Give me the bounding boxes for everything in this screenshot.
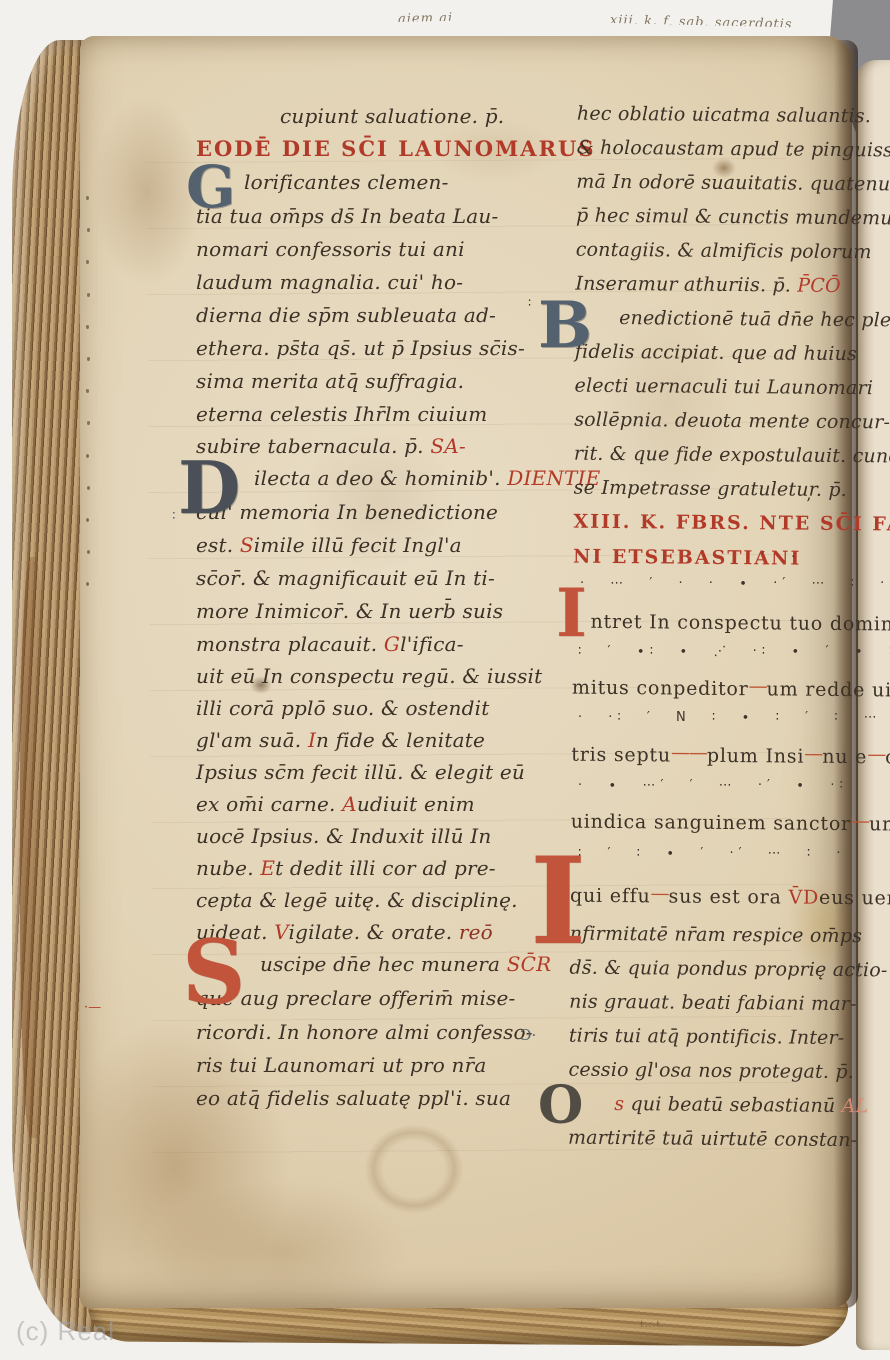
manuscript-line: martiritē tuā uirtutē constan- bbox=[568, 1127, 884, 1152]
manuscript-line: sc̄or̄. & magnificauit eū In ti- bbox=[196, 566, 558, 590]
pricking-hole bbox=[86, 325, 89, 329]
text-segment: cessio gl'osa nos protegat. p̄. bbox=[568, 1059, 854, 1083]
text-segment: sollēpnia. deuota mente concur- bbox=[574, 409, 890, 434]
text-segment: E bbox=[260, 856, 275, 880]
text-segment: plum Insi bbox=[707, 745, 805, 768]
manuscript-line: se Impetrasse gratuletur. p̄. bbox=[574, 477, 890, 502]
marginal-mark: Ɔ· bbox=[520, 1026, 536, 1044]
text-segment: ex om̄i carne. bbox=[196, 792, 342, 816]
drop-cap-initial: B bbox=[538, 294, 592, 358]
manuscript-line: nomari confessoris tui ani bbox=[196, 237, 558, 261]
manuscript-line: lorificantes clemen- bbox=[196, 170, 606, 194]
text-segment: tiris tui atq̄ pontificis. Inter- bbox=[569, 1025, 845, 1049]
manuscript-line: ethera. ps̄ta qs̄. ut p̄ Ipsius sc̄is- bbox=[196, 336, 558, 360]
manuscript-line: mitus conpeditor—um redde uicinis nos bbox=[572, 677, 888, 702]
text-segment: ds̄. & quia pondus proprię actio- bbox=[569, 957, 887, 982]
manuscript-line: ilecta a deo & hominib'. DIENTIE bbox=[196, 466, 616, 490]
text-segment: — bbox=[867, 743, 885, 765]
text-segment: ilecta a deo & hominib'. bbox=[254, 466, 507, 490]
manuscript-line: ricordi. In honore almi confesso- bbox=[196, 1020, 558, 1044]
manuscript-line: hec oblatio uicatma saluantis. bbox=[577, 103, 890, 128]
text-segment: sima merita atq̄ suffragia. bbox=[196, 369, 464, 393]
text-segment: orum bbox=[885, 746, 890, 768]
text-column-right: hec oblatio uicatma saluantis.& holocaus… bbox=[566, 0, 890, 1360]
text-segment: eo atq̄ fidelis saluatę ppl'i. sua bbox=[196, 1086, 511, 1110]
marginal-mark: ∶ bbox=[528, 296, 531, 310]
manuscript-line: s qui beatū sebastianū AL bbox=[568, 1093, 890, 1118]
text-segment: gl'am suā. bbox=[196, 728, 308, 752]
text-segment: S bbox=[240, 533, 254, 557]
pricking-hole bbox=[86, 518, 89, 522]
text-segment: ethera. ps̄ta qs̄. ut p̄ Ipsius sc̄is- bbox=[196, 336, 525, 360]
text-segment: igilate. & orate. bbox=[289, 920, 459, 944]
manuscript-line: subire tabernacula. p̄. SA- bbox=[196, 434, 558, 458]
text-segment: est. bbox=[196, 533, 240, 557]
manuscript-line: eo atq̄ fidelis saluatę ppl'i. sua bbox=[196, 1086, 558, 1110]
text-segment: fidelis accipiat. que ad huius bbox=[575, 341, 857, 365]
neume-band: · ·∶ ′ Ν ∶ ∙ ∶ ′ ∶ ⋯ ·∶ bbox=[578, 710, 890, 725]
text-segment: P̄CŌ bbox=[797, 275, 841, 297]
text-segment: A bbox=[342, 792, 357, 816]
text-segment: tris septu bbox=[571, 744, 671, 767]
text-segment: illi corā pplō suo. & ostendit bbox=[196, 696, 489, 720]
text-segment: lorificantes clemen- bbox=[244, 170, 449, 194]
manuscript-line: more Inimicor̄. & In uerb̄ suis bbox=[196, 599, 558, 623]
manuscript-line: eterna celestis Ihr̄lm ciuium bbox=[196, 402, 558, 426]
drop-cap-initial: G bbox=[186, 158, 236, 216]
text-segment: contagiis. & almificis polorum bbox=[576, 239, 872, 264]
neume-band: ′ · bbox=[762, 550, 800, 565]
text-segment: s bbox=[614, 1093, 630, 1115]
manuscript-line: uindica sanguinem sanctor—um tuor̄ bbox=[571, 811, 887, 836]
pricking-hole bbox=[87, 486, 90, 490]
neume-band: ∶ ′ ∙∶ ∙ ⋰ ·∶ ∙ ′ ∙ ∶ ·∶ bbox=[578, 644, 890, 659]
marginal-mark: ’ bbox=[806, 494, 811, 513]
text-segment: imile illū fecit Ingl'a bbox=[254, 533, 462, 557]
manuscript-line: tiris tui atq̄ pontificis. Inter- bbox=[569, 1025, 885, 1050]
drop-cap-initial: D bbox=[178, 452, 240, 524]
text-segment: EODĒ DIE SC̄I LAUNOMARUS bbox=[196, 136, 596, 161]
manuscript-line: & holocaustam apud te pinguissi- bbox=[577, 137, 890, 162]
pricking-hole bbox=[87, 293, 90, 297]
text-segment: p̄ hec simul & cunctis mundemur bbox=[576, 205, 890, 230]
manuscript-line: EODĒ DIE SC̄I LAUNOMARUS bbox=[196, 136, 558, 161]
manuscript-line: Ipsius sc̄m fecit illū. & elegit eū bbox=[196, 760, 558, 784]
manuscript-line: contagiis. & almificis polorum bbox=[576, 239, 890, 264]
manuscript-photo: aiem ai xiii. k. f. sab. sacerdotis seba… bbox=[0, 0, 890, 1360]
text-segment: — bbox=[749, 675, 767, 697]
manuscript-line: p̄ hec simul & cunctis mundemur bbox=[576, 205, 890, 230]
text-segment: —— bbox=[671, 741, 707, 763]
text-segment: — bbox=[851, 810, 869, 832]
text-segment: cupiunt saluatione. p̄. bbox=[280, 104, 504, 128]
manuscript-line: gl'am suā. In fide & lenitate bbox=[196, 728, 558, 752]
manuscript-line: cui' memoria In benedictione bbox=[196, 500, 558, 524]
manuscript-line: rit. & que fide expostulauit. cuncta bbox=[574, 443, 890, 468]
text-segment: uocē Ipsius. & Induxit illū In bbox=[196, 824, 491, 848]
manuscript-line: nfirmitatē nr̄am respice om̄ps bbox=[570, 923, 886, 948]
pricking-hole bbox=[87, 357, 90, 361]
text-segment: cui' memoria In benedictione bbox=[196, 500, 498, 524]
text-segment: G bbox=[384, 632, 400, 656]
manuscript-line: Inseramur athuriis. p̄. P̄CŌ bbox=[575, 273, 890, 298]
text-segment: hec oblatio uicatma saluantis. bbox=[577, 103, 871, 128]
text-segment: martiritē tuā uirtutē constan- bbox=[568, 1127, 858, 1152]
manuscript-line: sollēpnia. deuota mente concur- bbox=[574, 409, 890, 434]
marginal-mark: ·— bbox=[84, 1000, 101, 1015]
text-segment: t dedit illi cor ad pre- bbox=[275, 856, 496, 880]
text-segment: Inseramur athuriis. p̄. bbox=[575, 273, 797, 297]
text-segment: ntret In conspectu tuo domine ge- bbox=[590, 611, 890, 636]
pricking-hole bbox=[86, 454, 89, 458]
manuscript-line: illi corā pplō suo. & ostendit bbox=[196, 696, 558, 720]
neume-band: · ∙ ⋯′ ′ ⋯ ·′ ∙ ·∶ bbox=[578, 778, 848, 793]
text-segment: eus ueneranda bbox=[819, 887, 890, 910]
manuscript-line: laudum magnalia. cui' ho- bbox=[196, 270, 558, 294]
text-segment: reō bbox=[459, 920, 493, 944]
text-segment: dierna die sp̄m subleuata ad- bbox=[196, 303, 496, 327]
text-segment: uscipe dn̄e hec munera bbox=[260, 952, 507, 976]
text-segment: udiuit enim bbox=[357, 792, 475, 816]
manuscript-line: ris tui Launomari ut pro nr̄a bbox=[196, 1053, 558, 1077]
manuscript-line: uideat. Vigilate. & orate. reō bbox=[196, 920, 558, 944]
text-segment: nis grauat. beati fabiani mar- bbox=[569, 991, 857, 1016]
text-segment: SA- bbox=[430, 434, 466, 458]
text-segment: V̄D bbox=[788, 887, 819, 909]
text-segment: — bbox=[651, 882, 669, 904]
marginal-mark: ∶ bbox=[172, 508, 176, 524]
manuscript-line: nis grauat. beati fabiani mar- bbox=[569, 991, 885, 1016]
text-segment: laudum magnalia. cui' ho- bbox=[196, 270, 463, 294]
text-segment: um redde uicinis nos bbox=[767, 678, 890, 702]
text-segment: qui beatū sebastianū bbox=[630, 1093, 841, 1117]
neume-band: ∶ ′ ∶ ∙ ′ ·′ ⋯ ∶ · bbox=[578, 846, 845, 861]
manuscript-line: sima merita atq̄ suffragia. bbox=[196, 369, 558, 393]
text-segment: enedictionē tuā dn̄e hec plebs bbox=[619, 307, 890, 332]
text-column-left: cupiunt saluatione. p̄.EODĒ DIE SC̄I LAU… bbox=[196, 0, 558, 1360]
manuscript-line: XIII. K. FBRS. NTE SC̄I FABIA bbox=[573, 511, 889, 536]
neume-band: · ⋯ ′ · · ∙ ·′ ⋯ ∶ · ·′ bbox=[580, 576, 890, 591]
manuscript-line: uit eū In conspectu regū. & iussit bbox=[196, 664, 558, 688]
text-segment: mā In odorē suauitatis. quatenus bbox=[576, 171, 890, 196]
manuscript-line: qui effu—sus est ora V̄Deus ueneranda Se… bbox=[570, 885, 886, 910]
text-segment: electi uernaculi tui Launomari bbox=[574, 375, 873, 400]
text-segment: nube. bbox=[196, 856, 260, 880]
manuscript-line: mā In odorē suauitatis. quatenus bbox=[576, 171, 890, 196]
text-segment: AL bbox=[842, 1095, 869, 1117]
manuscript-line: tris septu——plum Insi—nu e—orum bbox=[571, 744, 887, 769]
text-segment: l'ifica- bbox=[400, 632, 464, 656]
manuscript-line: monstra placauit. Gl'ifica- bbox=[196, 632, 558, 656]
text-segment: I bbox=[308, 728, 316, 752]
text-segment: n fide & lenitate bbox=[316, 728, 485, 752]
text-segment: nomari confessoris tui ani bbox=[196, 237, 465, 261]
manuscript-line: ex om̄i carne. Audiuit enim bbox=[196, 792, 558, 816]
text-segment: & holocaustam apud te pinguissi- bbox=[577, 137, 890, 162]
manuscript-line: electi uernaculi tui Launomari bbox=[574, 375, 890, 400]
manuscript-line: cessio gl'osa nos protegat. p̄. bbox=[568, 1059, 884, 1084]
text-segment: sc̄or̄. & magnificauit eū In ti- bbox=[196, 566, 495, 590]
text-segment: uindica sanguinem sanctor bbox=[571, 811, 851, 835]
manuscript-line: enedictionē tuā dn̄e hec plebs bbox=[575, 307, 890, 332]
text-segment: monstra placauit. bbox=[196, 632, 384, 656]
manuscript-line: cupiunt saluatione. p̄. bbox=[196, 104, 642, 128]
text-segment: — bbox=[804, 743, 822, 765]
text-segment: eterna celestis Ihr̄lm ciuium bbox=[196, 402, 487, 426]
manuscript-line: nube. Et dedit illi cor ad pre- bbox=[196, 856, 558, 880]
text-segment: ricordi. In honore almi confesso- bbox=[196, 1020, 533, 1044]
text-segment: nfirmitatē nr̄am respice om̄ps bbox=[570, 923, 863, 948]
text-segment: more Inimicor̄. & In uerb̄ suis bbox=[196, 599, 503, 623]
text-segment: tia tua om̄ps ds̄ In beata Lau- bbox=[196, 204, 498, 228]
manuscript-line: tia tua om̄ps ds̄ In beata Lau- bbox=[196, 204, 558, 228]
drop-cap-initial: S bbox=[182, 928, 246, 1016]
drop-cap-initial: O bbox=[538, 1080, 583, 1132]
text-segment: V bbox=[274, 920, 288, 944]
bottom-ink-specks: t.:.t. bbox=[640, 1320, 665, 1330]
watermark: (c) Real bbox=[16, 1316, 115, 1347]
text-segment: mitus conpeditor bbox=[572, 677, 749, 701]
manuscript-line: fidelis accipiat. que ad huius bbox=[575, 341, 890, 366]
manuscript-line: uocē Ipsius. & Induxit illū In bbox=[196, 824, 558, 848]
text-segment: sus est ora bbox=[668, 885, 788, 908]
manuscript-line: ntret In conspectu tuo domine ge- bbox=[572, 611, 890, 636]
text-segment: uit eū In conspectu regū. & iussit bbox=[196, 664, 542, 688]
text-segment: nu e bbox=[822, 746, 867, 768]
pricking-hole bbox=[86, 196, 89, 200]
manuscript-line: NI ETSEBASTIANI bbox=[573, 546, 889, 571]
text-segment: rit. & que fide expostulauit. cuncta bbox=[574, 443, 890, 468]
manuscript-line: ds̄. & quia pondus proprię actio- bbox=[569, 957, 885, 982]
text-segment: ris tui Launomari ut pro nr̄a bbox=[196, 1053, 486, 1077]
manuscript-line: que aug preclare offerim̄ mise- bbox=[196, 986, 558, 1010]
text-segment: Ipsius sc̄m fecit illū. & elegit eū bbox=[196, 760, 525, 784]
text-segment: XIII. K. FBRS. NTE SC̄I FABIA bbox=[573, 511, 890, 536]
text-segment: um tuor̄ bbox=[869, 813, 890, 836]
text-segment: cepta & legē uitę. & disciplinę. bbox=[196, 888, 518, 912]
manuscript-line: dierna die sp̄m subleuata ad- bbox=[196, 303, 558, 327]
manuscript-line: cepta & legē uitę. & disciplinę. bbox=[196, 888, 558, 912]
manuscript-line: est. Simile illū fecit Ingl'a bbox=[196, 533, 558, 557]
